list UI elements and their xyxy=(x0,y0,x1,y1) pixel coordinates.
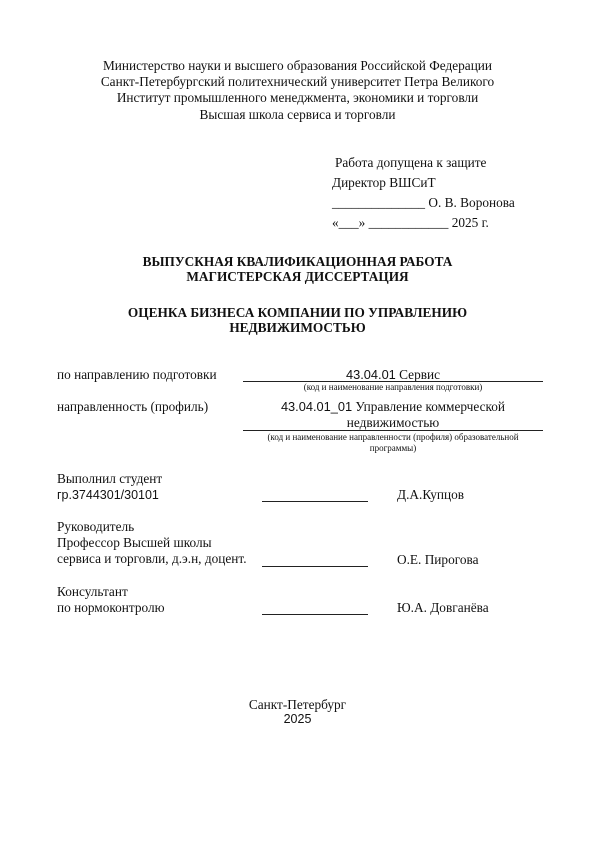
profile-value-line2: недвижимостью xyxy=(243,415,543,431)
work-type-line1: ВЫПУСКНАЯ КВАЛИФИКАЦИОННАЯ РАБОТА xyxy=(0,254,595,269)
student-signature-line xyxy=(262,501,368,502)
institution-header: Министерство науки и высшего образования… xyxy=(0,58,595,123)
direction-caption: (код и наименование направления подготов… xyxy=(243,382,543,393)
direction-value-text: Сервис xyxy=(396,367,440,382)
director-name: О. В. Воронова xyxy=(428,195,514,210)
footer-city: Санкт-Петербург xyxy=(0,697,595,712)
consultant-name: Ю.А. Довганёва xyxy=(397,600,489,616)
thesis-titles: ВЫПУСКНАЯ КВАЛИФИКАЦИОННАЯ РАБОТА МАГИСТ… xyxy=(0,254,595,335)
supervisor-signature-line xyxy=(262,566,368,567)
consultant-role-line2: по нормоконтролю xyxy=(57,600,165,616)
profile-underline xyxy=(243,430,543,431)
direction-label: по направлению подготовки xyxy=(57,367,217,383)
school-line: Высшая школа сервиса и торговли xyxy=(0,107,595,123)
approval-statement: Работа допущена к защите xyxy=(335,153,515,173)
approval-block: Работа допущена к защите Директор ВШСиТ … xyxy=(332,153,515,233)
supervisor-role-line2: Профессор Высшей школы xyxy=(57,535,247,551)
university-line: Санкт-Петербургский политехнический унив… xyxy=(0,74,595,90)
profile-caption-line2: программы) xyxy=(243,443,543,454)
approval-date-row: «___» ____________ 2025 г. xyxy=(332,213,515,233)
director-title: Директор ВШСиТ xyxy=(332,173,515,193)
student-name: Д.А.Купцов xyxy=(397,487,464,503)
profile-caption: (код и наименование направленности (проф… xyxy=(243,432,543,453)
consultant-signature-line xyxy=(262,614,368,615)
profile-value-line1: 43.04.01_01 Управление коммерческой xyxy=(243,399,543,415)
topic-line1: ОЦЕНКА БИЗНЕСА КОМПАНИИ ПО УПРАВЛЕНИЮ xyxy=(0,305,595,320)
director-signature-blank: ______________ xyxy=(332,195,425,210)
profile-caption-line1: (код и наименование направленности (проф… xyxy=(243,432,543,443)
footer-year: 2025 xyxy=(0,712,595,727)
date-year: 2025 г. xyxy=(452,215,489,230)
date-day-blank: «___» xyxy=(332,215,365,230)
student-role-line1: Выполнил студент xyxy=(57,471,162,487)
supervisor-name: О.Е. Пирогова xyxy=(397,552,479,568)
consultant-role: Консультант по нормоконтролю xyxy=(57,584,165,616)
supervisor-role-line1: Руководитель xyxy=(57,519,247,535)
profile-label: направленность (профиль) xyxy=(57,399,208,415)
supervisor-role-line3: сервиса и торговли, д.э.н, доцент. xyxy=(57,551,247,567)
institute-line: Институт промышленного менеджмента, экон… xyxy=(0,90,595,106)
ministry-line: Министерство науки и высшего образования… xyxy=(0,58,595,74)
student-group: гр.3744301/30101 xyxy=(57,487,162,503)
director-signature-row: ______________ О. В. Воронова xyxy=(332,193,515,213)
work-type-line2: МАГИСТЕРСКАЯ ДИССЕРТАЦИЯ xyxy=(0,269,595,284)
topic-line2: НЕДВИЖИМОСТЬЮ xyxy=(0,320,595,335)
date-month-blank: ____________ xyxy=(369,215,449,230)
student-role: Выполнил студент гр.3744301/30101 xyxy=(57,471,162,503)
profile-value: 43.04.01_01 Управление коммерческой недв… xyxy=(243,399,543,430)
supervisor-role: Руководитель Профессор Высшей школы серв… xyxy=(57,519,247,567)
consultant-role-line1: Консультант xyxy=(57,584,165,600)
footer: Санкт-Петербург 2025 xyxy=(0,697,595,727)
